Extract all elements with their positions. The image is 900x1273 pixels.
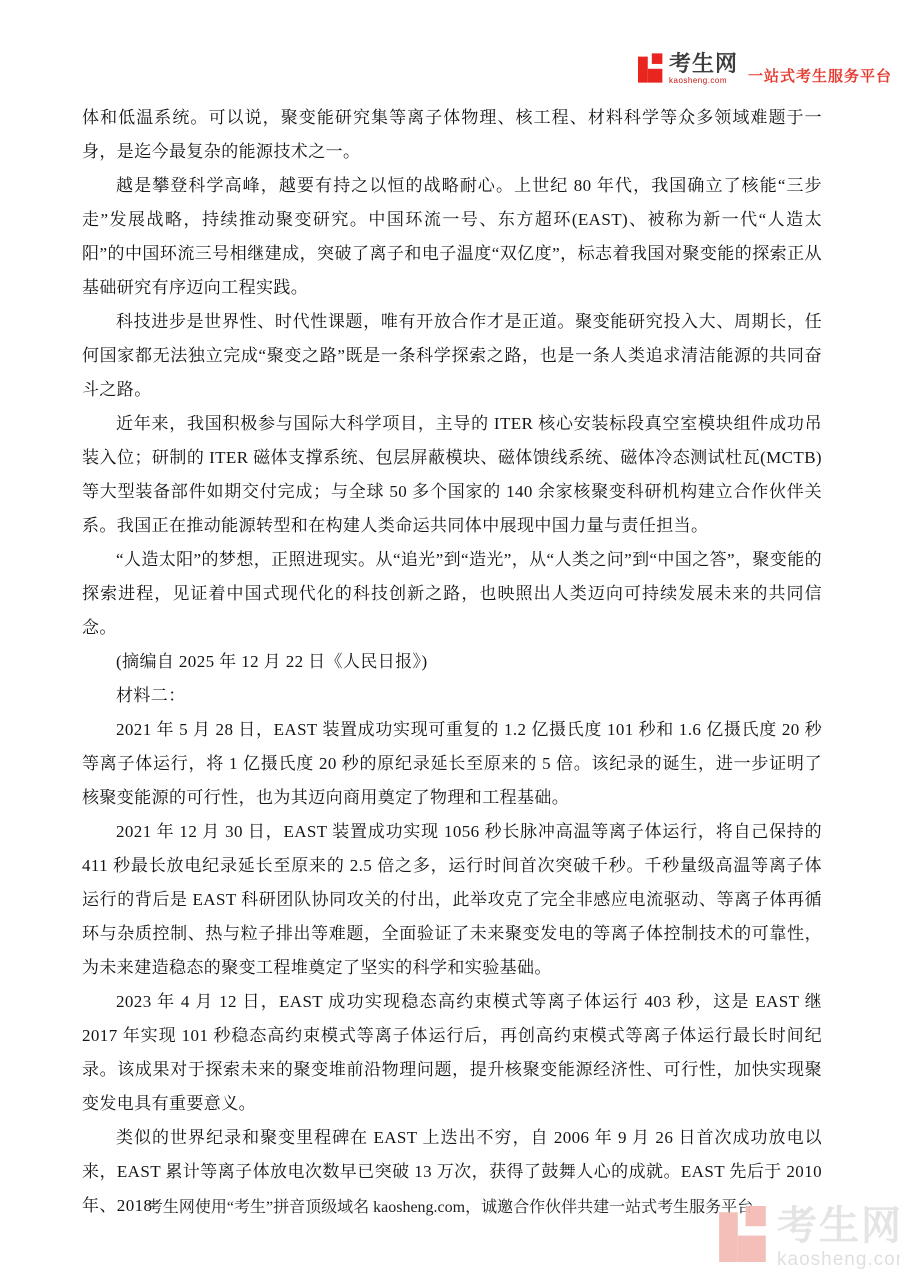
watermark-domain-text: kaosheng.com xyxy=(777,1250,900,1269)
logo-domain-text: kaosheng.com xyxy=(669,77,738,85)
paragraph: 体和低温系统。可以说，聚变能研究集等离子体物理、核工程、材料科学等众多领域难题于… xyxy=(82,101,822,169)
paragraph: 2023 年 4 月 12 日，EAST 成功实现稳态高约束模式等离子体运行 4… xyxy=(82,985,822,1121)
paragraph: 科技进步是世界性、时代性课题，唯有开放合作才是正道。聚变能研究投入大、周期长，任… xyxy=(82,305,822,407)
paragraph: 越是攀登科学高峰，越要有持之以恒的战略耐心。上世纪 80 年代，我国确立了核能“… xyxy=(82,169,822,305)
paragraph: (摘编自 2025 年 12 月 22 日《人民日报》) xyxy=(82,645,822,679)
paragraph: 材料二： xyxy=(82,679,822,713)
kaosheng-logo-icon xyxy=(638,53,664,83)
document-page: 考生网 kaosheng.com 一站式考生服务平台 体和低温系统。可以说，聚变… xyxy=(0,0,900,1273)
paragraph: 近年来，我国积极参与国际大科学项目，主导的 ITER 核心安装标段真空室模块组件… xyxy=(82,407,822,543)
logo-brand-text: 考生网 xyxy=(669,53,738,75)
paragraph: “人造太阳”的梦想，正照进现实。从“追光”到“造光”，从“人类之问”到“中国之答… xyxy=(82,543,822,645)
paragraph: 2021 年 12 月 30 日，EAST 装置成功实现 1056 秒长脉冲高温… xyxy=(82,815,822,985)
watermark-brand-text: 考生网 xyxy=(777,1206,900,1246)
kaosheng-watermark-icon xyxy=(719,1206,769,1262)
logo-tagline: 一站式考生服务平台 xyxy=(748,65,892,86)
logo-text-block: 考生网 kaosheng.com xyxy=(669,53,738,85)
header-logo: 考生网 kaosheng.com 一站式考生服务平台 xyxy=(638,53,892,86)
watermark-text-block: 考生网 kaosheng.com xyxy=(777,1206,900,1269)
paragraph: 2021 年 5 月 28 日，EAST 装置成功实现可重复的 1.2 亿摄氏度… xyxy=(82,713,822,815)
footer-watermark: 考生网 kaosheng.com xyxy=(719,1206,900,1269)
document-body: 体和低温系统。可以说，聚变能研究集等离子体物理、核工程、材料科学等众多领域难题于… xyxy=(82,101,822,1223)
